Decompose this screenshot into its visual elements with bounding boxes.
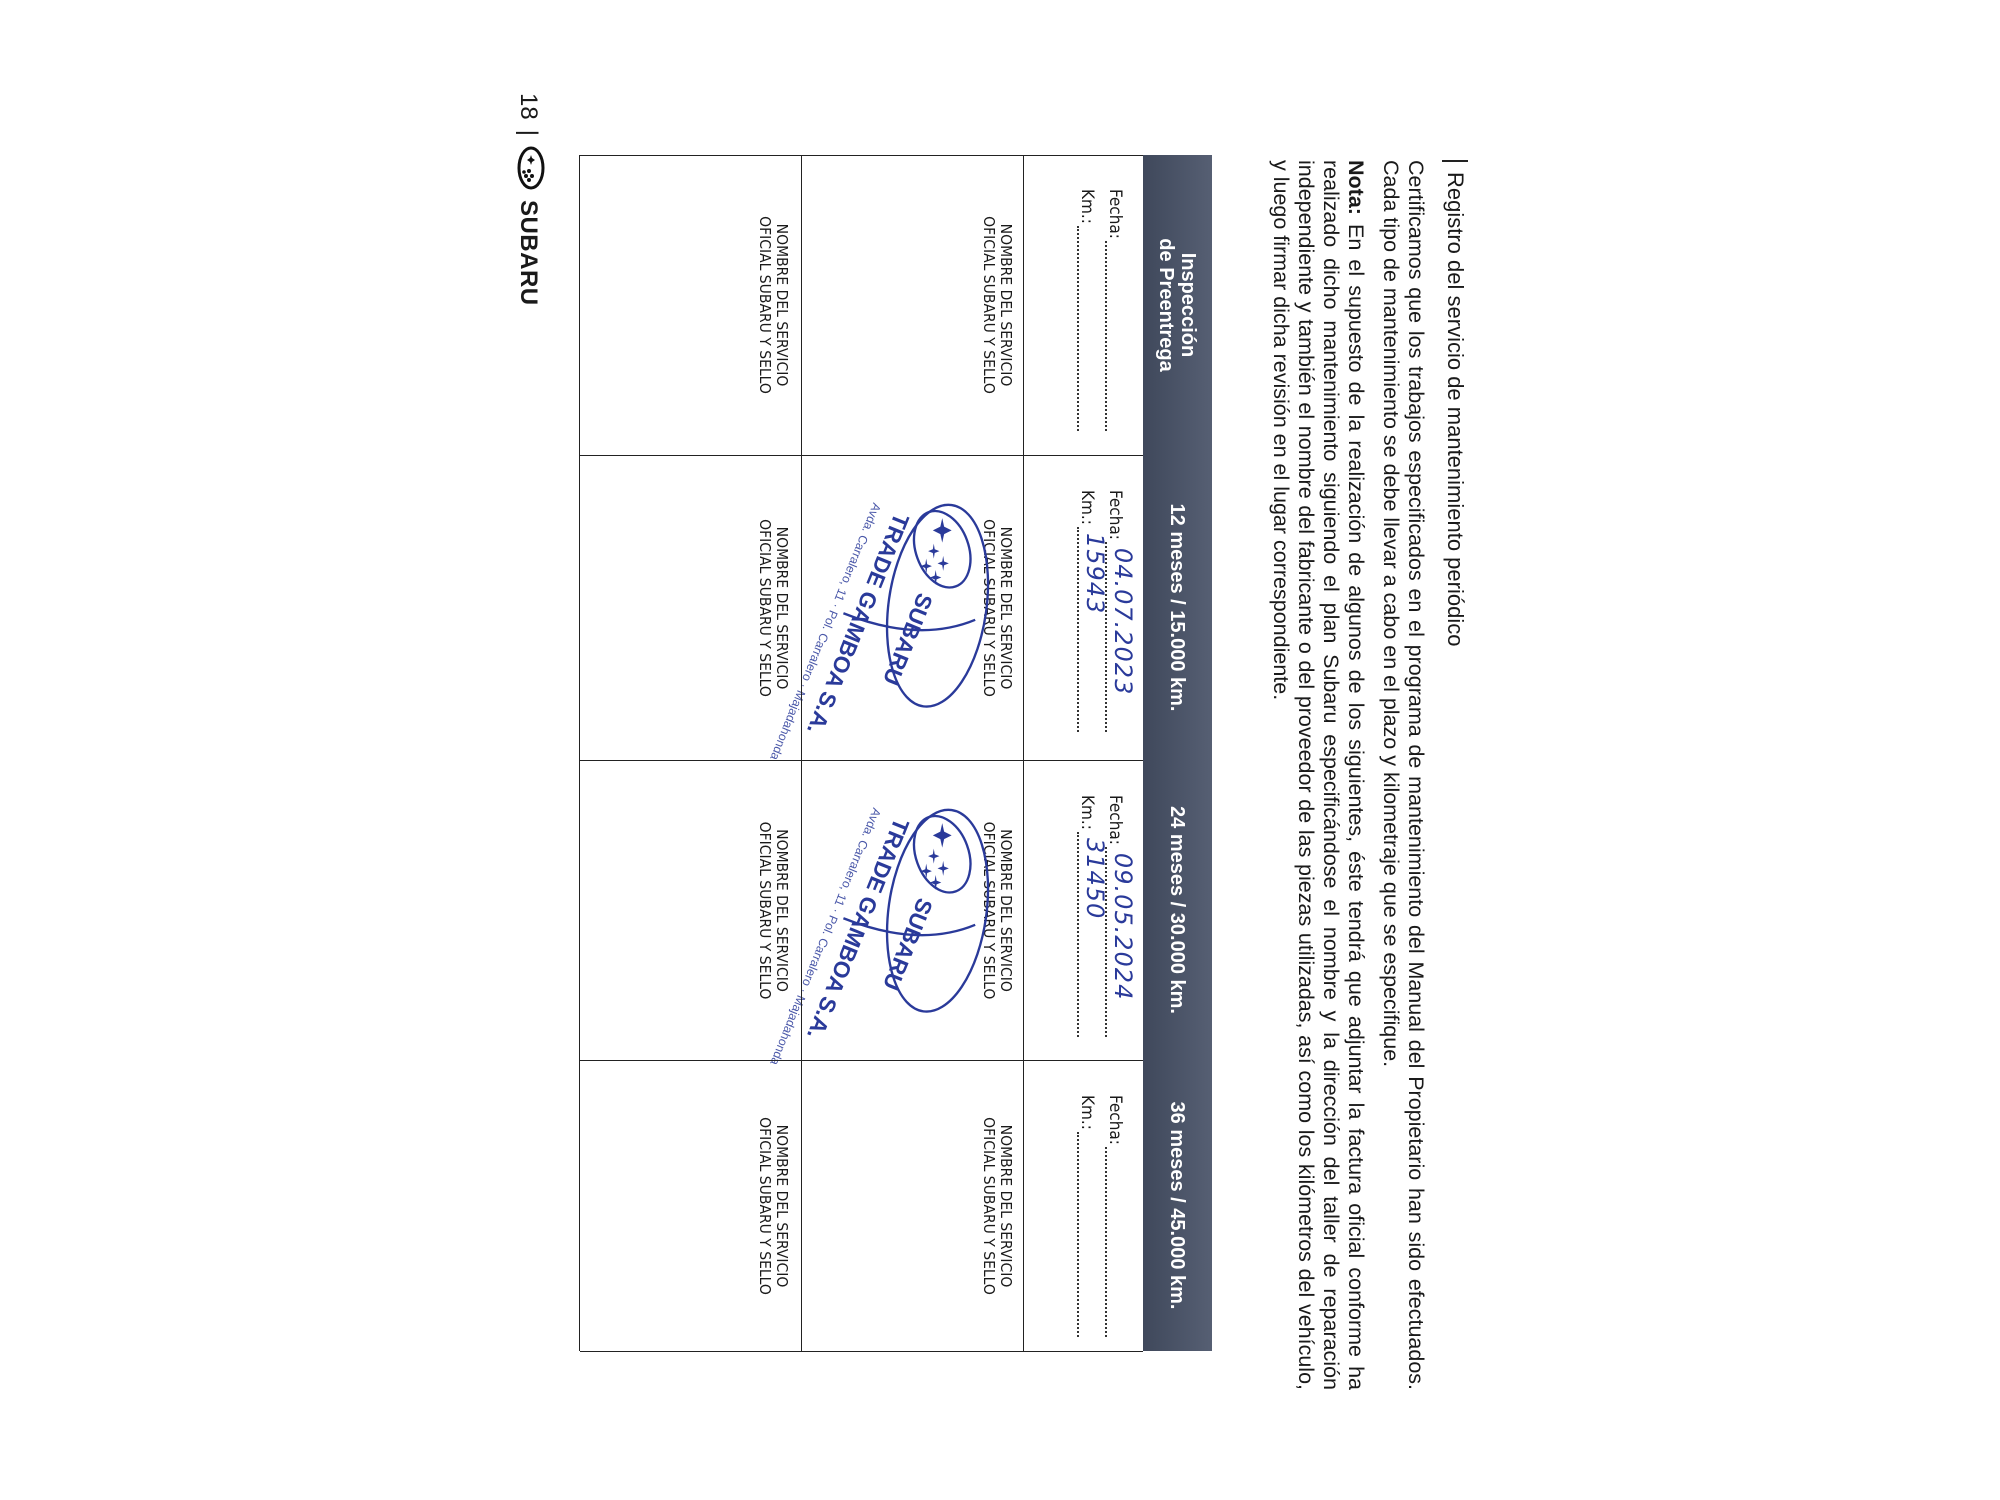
date-km-cell: Fecha: 04.07.2023 Km.: 15943: [1024, 455, 1143, 760]
column-header: 12 meses / 15.000 km.: [1143, 455, 1212, 760]
km-value: 15943: [1081, 533, 1109, 614]
note-text: En el supuesto de la realización de algu…: [1269, 160, 1368, 1390]
header-line: 24 meses / 30.000 km.: [1167, 806, 1189, 1014]
service-signature-cell: NOMBRE DEL SERVICIOOFICIAL SUBARU Y SELL…: [580, 1060, 802, 1351]
table-rule: [801, 155, 802, 1351]
service-signature-cell: NOMBRE DEL SERVICIOOFICIAL SUBARU Y SELL…: [580, 760, 802, 1060]
service-signature-cell: NOMBRE DEL SERVICIOOFICIAL SUBARU Y SELL…: [802, 455, 1024, 760]
fecha-value: 04.07.2023: [1109, 548, 1137, 695]
km-field[interactable]: Km.: 15943: [1077, 490, 1097, 732]
service-signature-cell: NOMBRE DEL SERVICIOOFICIAL SUBARU Y SELL…: [580, 455, 802, 760]
km-label: Km.:: [1077, 795, 1097, 830]
fecha-label: Fecha:: [1105, 1095, 1125, 1145]
table-border: [580, 1351, 1143, 1352]
maintenance-record-table: Inspecciónde Preentrega Fecha: Km.: NOMB…: [580, 155, 1212, 1351]
service-caption: NOMBRE DEL SERVICIOOFICIAL SUBARU Y SELL…: [756, 456, 790, 760]
fecha-field[interactable]: Fecha:: [1105, 189, 1125, 431]
km-label: Km.:: [1077, 490, 1097, 525]
fecha-field[interactable]: Fecha:: [1105, 1095, 1125, 1337]
header-line: 12 meses / 15.000 km.: [1167, 504, 1189, 712]
page-footer: 18 | SUBARU: [512, 93, 545, 306]
note-label: Nota:: [1344, 160, 1368, 215]
table-rule: [579, 155, 580, 1351]
header-line: 36 meses / 45.000 km.: [1167, 1102, 1189, 1310]
manual-page: Registro del servicio de mantenimiento p…: [0, 0, 2000, 1500]
column-header: 24 meses / 30.000 km.: [1143, 760, 1212, 1060]
service-signature-cell: NOMBRE DEL SERVICIOOFICIAL SUBARU Y SELL…: [580, 155, 802, 455]
certification-paragraph: Certificamos que los trabajos especifica…: [1378, 160, 1428, 1390]
service-caption: NOMBRE DEL SERVICIOOFICIAL SUBARU Y SELL…: [980, 1061, 1014, 1351]
km-field[interactable]: Km.:: [1077, 1095, 1097, 1337]
service-caption: NOMBRE DEL SERVICIOOFICIAL SUBARU Y SELL…: [756, 155, 790, 455]
km-value: 31450: [1081, 838, 1109, 919]
service-caption: NOMBRE DEL SERVICIOOFICIAL SUBARU Y SELL…: [756, 761, 790, 1060]
footer-brand: SUBARU: [515, 200, 543, 306]
note-paragraph: Nota: En el supuesto de la realización d…: [1268, 160, 1368, 1390]
dealer-stamp: SUBARU TRADE GAMBOA S.A. Avda. Carralero…: [834, 486, 994, 716]
km-field[interactable]: Km.: 31450: [1077, 795, 1097, 1037]
column-header: Inspecciónde Preentrega: [1143, 155, 1212, 455]
page-number: 18: [515, 93, 543, 120]
footer-separator: |: [515, 130, 543, 136]
service-caption: NOMBRE DEL SERVICIOOFICIAL SUBARU Y SELL…: [756, 1061, 790, 1351]
service-caption: NOMBRE DEL SERVICIOOFICIAL SUBARU Y SELL…: [980, 155, 1014, 455]
table-rule: [1023, 155, 1024, 1351]
section-title: Registro del servicio de mantenimiento p…: [1442, 160, 1468, 646]
header-line: Inspección: [1178, 253, 1200, 357]
table-border: [580, 155, 1143, 156]
km-label: Km.:: [1077, 189, 1097, 224]
subaru-pleiades-logo-icon: [512, 146, 545, 190]
service-signature-cell: NOMBRE DEL SERVICIOOFICIAL SUBARU Y SELL…: [802, 760, 1024, 1060]
column-header: 36 meses / 45.000 km.: [1143, 1060, 1212, 1351]
km-label: Km.:: [1077, 1095, 1097, 1130]
service-signature-cell: NOMBRE DEL SERVICIOOFICIAL SUBARU Y SELL…: [802, 155, 1024, 455]
date-km-cell: Fecha: Km.:: [1024, 1060, 1143, 1351]
date-km-cell: Fecha: Km.:: [1024, 155, 1143, 455]
header-line: de Preentrega: [1156, 238, 1178, 371]
dealer-stamp: SUBARU TRADE GAMBOA S.A. Avda. Carralero…: [834, 791, 994, 1021]
fecha-label: Fecha:: [1105, 189, 1125, 239]
service-signature-cell: NOMBRE DEL SERVICIOOFICIAL SUBARU Y SELL…: [802, 1060, 1024, 1351]
date-km-cell: Fecha: 09.05.2024 Km.: 31450: [1024, 760, 1143, 1060]
fecha-value: 09.05.2024: [1109, 853, 1137, 1000]
km-field[interactable]: Km.:: [1077, 189, 1097, 431]
